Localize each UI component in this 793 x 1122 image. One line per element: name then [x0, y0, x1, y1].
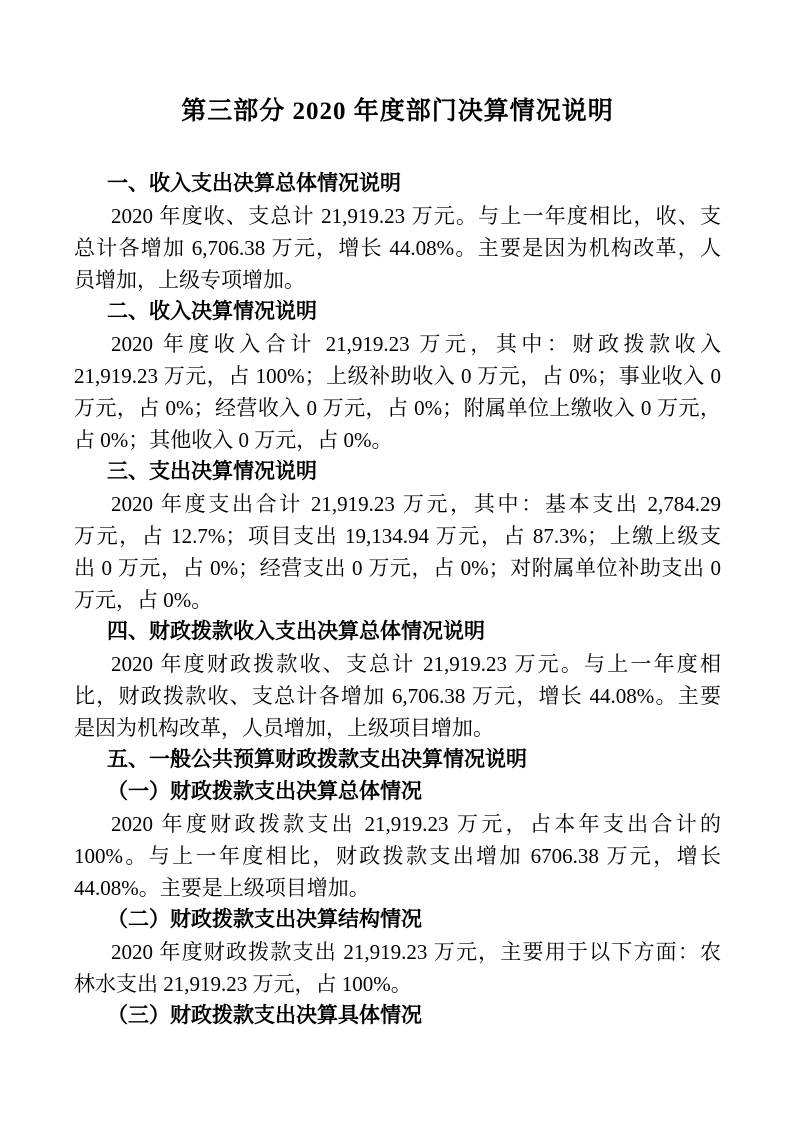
paragraph-line: 万元，占 0%。	[74, 584, 721, 616]
sub-section-heading: （三）财政拨款支出决算具体情况	[107, 1000, 721, 1032]
paragraph: 2020 年度收、支总计 21,919.23 万元。与上一年度相比，收、支总计各…	[74, 200, 721, 296]
paragraph-line: 万元，占 12.7%；项目支出 19,134.94 万元，占 87.3%；上缴上…	[74, 520, 721, 552]
document-title: 第三部分 2020 年度部门决算情况说明	[74, 96, 721, 128]
paragraph-line: 2020 年度财政拨款支出 21,919.23 万元，主要用于以下方面：农	[74, 936, 721, 968]
paragraph-line: 出 0 万元，占 0%；经营支出 0 万元，占 0%；对附属单位补助支出 0	[74, 552, 721, 584]
paragraph-line: 是因为机构改革，人员增加，上级项目增加。	[74, 712, 721, 744]
paragraph: 2020 年度财政拨款收、支总计 21,919.23 万元。与上一年度相比，财政…	[74, 648, 721, 744]
paragraph-line: 44.08%。主要是上级项目增加。	[74, 872, 721, 904]
section-heading: 五、一般公共预算财政拨款支出决算情况说明	[107, 744, 721, 776]
paragraph: 2020 年度支出合计 21,919.23 万元，其中：基本支出 2,784.2…	[74, 488, 721, 616]
paragraph-line: 2020 年度支出合计 21,919.23 万元，其中：基本支出 2,784.2…	[74, 488, 721, 520]
document-body: 一、收入支出决算总体情况说明2020 年度收、支总计 21,919.23 万元。…	[74, 168, 721, 1032]
paragraph-line: 2020 年度财政拨款支出 21,919.23 万元，占本年支出合计的	[74, 808, 721, 840]
paragraph-line: 比，财政拨款收、支总计各增加 6,706.38 万元，增长 44.08%。主要	[74, 680, 721, 712]
paragraph-line: 总计各增加 6,706.38 万元，增长 44.08%。主要是因为机构改革，人	[74, 232, 721, 264]
sub-section-heading: （一）财政拨款支出决算总体情况	[107, 776, 721, 808]
paragraph: 2020 年度财政拨款支出 21,919.23 万元，占本年支出合计的100%。…	[74, 808, 721, 904]
paragraph: 2020 年度收入合计 21,919.23 万元，其中：财政拨款收入21,919…	[74, 328, 721, 456]
paragraph-line: 2020 年度收入合计 21,919.23 万元，其中：财政拨款收入	[74, 328, 721, 360]
document-page: 第三部分 2020 年度部门决算情况说明 一、收入支出决算总体情况说明2020 …	[0, 0, 793, 1122]
paragraph-line: 21,919.23 万元，占 100%；上级补助收入 0 万元，占 0%；事业收…	[74, 360, 721, 392]
section-heading: 一、收入支出决算总体情况说明	[107, 168, 721, 200]
paragraph-line: 员增加，上级专项增加。	[74, 264, 721, 296]
section-heading: 三、支出决算情况说明	[107, 456, 721, 488]
paragraph-line: 占 0%；其他收入 0 万元，占 0%。	[74, 424, 721, 456]
section-heading: 二、收入决算情况说明	[107, 296, 721, 328]
paragraph-line: 2020 年度财政拨款收、支总计 21,919.23 万元。与上一年度相	[74, 648, 721, 680]
paragraph-line: 万元，占 0%；经营收入 0 万元，占 0%；附属单位上缴收入 0 万元，	[74, 392, 721, 424]
paragraph-line: 100%。与上一年度相比，财政拨款支出增加 6706.38 万元，增长	[74, 840, 721, 872]
paragraph: 2020 年度财政拨款支出 21,919.23 万元，主要用于以下方面：农林水支…	[74, 936, 721, 1000]
paragraph-line: 2020 年度收、支总计 21,919.23 万元。与上一年度相比，收、支	[74, 200, 721, 232]
paragraph-line: 林水支出 21,919.23 万元，占 100%。	[74, 968, 721, 1000]
sub-section-heading: （二）财政拨款支出决算结构情况	[107, 904, 721, 936]
section-heading: 四、财政拨款收入支出决算总体情况说明	[107, 616, 721, 648]
